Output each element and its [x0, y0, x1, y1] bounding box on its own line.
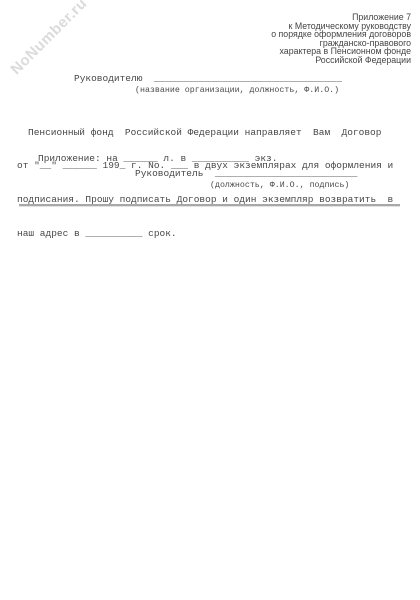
header-line: Российской Федерации — [271, 56, 411, 65]
appendix-header: Приложение 7 к Методическому руководству… — [271, 13, 411, 65]
addressee-line: Руководителю ___________________________… — [74, 73, 342, 84]
paragraph-line: Пенсионный фонд Российской Федерации нап… — [17, 127, 393, 138]
paragraph-line: наш адрес в __________ срок. — [17, 228, 393, 239]
document-page: NoNumber.ru Приложение 7 к Методическому… — [0, 0, 420, 600]
addressee-caption: (название организации, должность, Ф.И.О.… — [135, 85, 339, 96]
watermark: NoNumber.ru — [1, 0, 96, 84]
horizontal-divider — [19, 204, 400, 207]
signature-line: Руководитель _________________________ — [135, 168, 357, 179]
signature-caption: (должность, Ф.И.О., подпись) — [210, 180, 349, 191]
attachment-line: Приложение: на ______ л. в __________ эк… — [38, 153, 277, 164]
